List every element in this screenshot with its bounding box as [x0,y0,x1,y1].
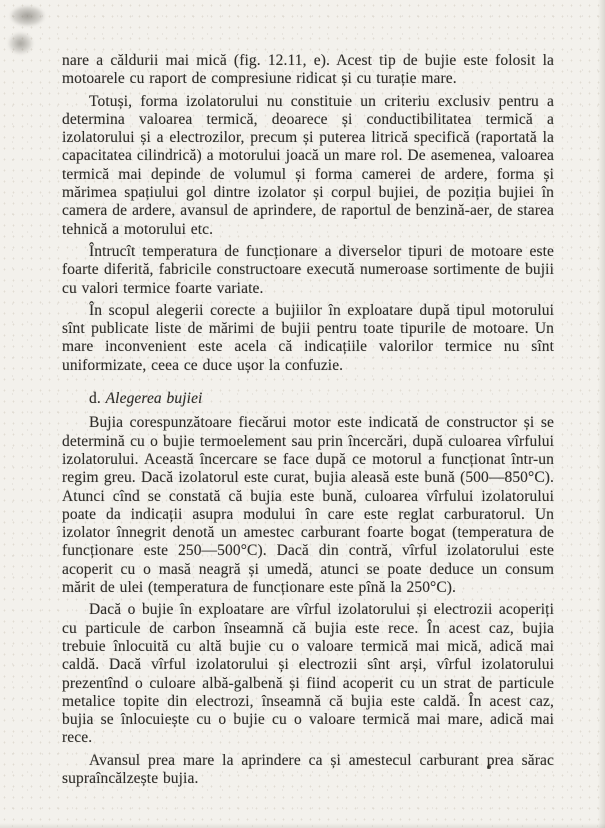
paragraph: Totuși, forma izolatorului nu constituie… [62,93,554,239]
paragraph: Avansul prea mare la aprindere ca și ame… [62,752,554,789]
paragraph: Dacă o bujie în exploatare are vîrful iz… [62,601,554,747]
page-text: nare a căldurii mai mică (fig. 12.11, e)… [62,52,554,788]
paragraph: nare a căldurii mai mică (fig. 12.11, e)… [62,52,554,89]
scanned-page: nare a căldurii mai mică (fig. 12.11, e)… [0,0,605,828]
paragraph: Întrucît temperatura de funcționare a di… [62,243,554,298]
section-heading: d. Alegerea bujiei [62,390,554,408]
section-heading-title: Alegerea bujiei [106,390,203,407]
scan-smudge-artifact [4,2,56,58]
paragraph: Bujia corespunzătoare fiecărui motor est… [62,414,554,597]
paragraph: În scopul alegerii corecte a bujiilor în… [62,302,554,375]
scan-edge-shadow-right [598,0,605,828]
section-heading-prefix: d. [89,390,101,407]
scan-edge-shadow-bottom [0,823,605,828]
